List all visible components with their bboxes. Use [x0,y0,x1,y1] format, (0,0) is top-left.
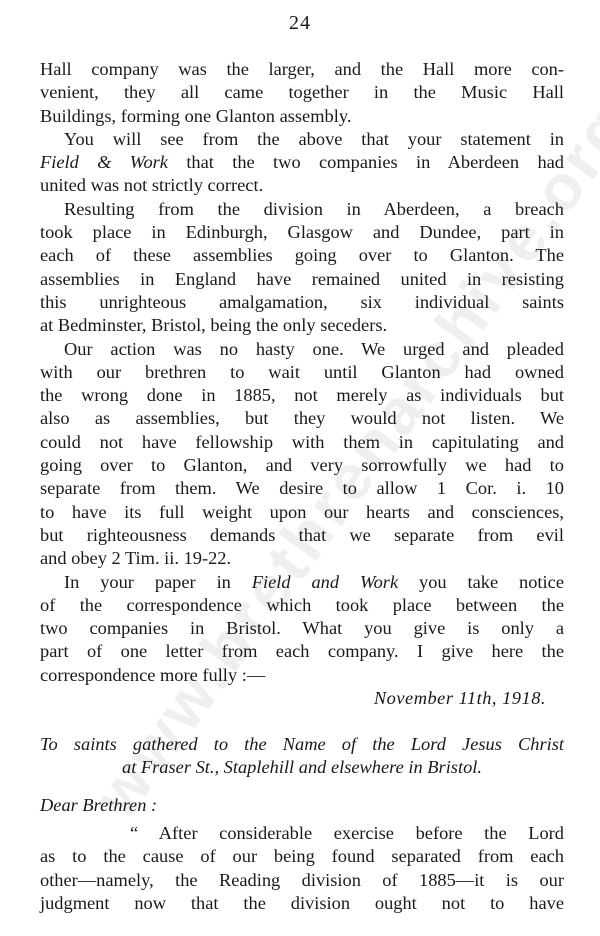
paragraph-1: Hall company was the larger, and the Hal… [40,58,564,128]
text-line: correspondence more fully :— [40,664,564,687]
text-line: took place in Edinburgh, Glasgow and Dun… [40,221,564,244]
publication-title: Field & Work [40,152,168,172]
address-line: To saints gathered to the Name of the Lo… [40,733,564,756]
text-line: Our action was no hasty one. We urged an… [40,338,564,361]
text-fragment: that the two companies in Aberdeen had [168,152,564,172]
text-line: other—namely, the Reading division of 18… [40,869,564,892]
page-number: 24 [0,12,600,35]
text-line: judgment now that the division ought not… [40,892,564,915]
paragraph-4: Our action was no hasty one. We urged an… [40,338,564,571]
text-line: at Bedminster, Bristol, being the only s… [40,314,564,337]
publication-title: Field and Work [252,572,398,592]
text-line: as to the cause of our being found separ… [40,845,564,868]
text-line: assemblies in England have remained unit… [40,268,564,291]
letter-salutation: Dear Brethren : [40,795,157,816]
letter-date: November 11th, 1918. [0,688,546,709]
text-line: the wrong done in 1885, not merely as in… [40,384,564,407]
text-line: but righteousness demands that we separa… [40,524,564,547]
text-line: going over to Glanton, and very sorrowfu… [40,454,564,477]
text-line: with our brethren to wait until Glanton … [40,361,564,384]
document-page: www.brethrenarchive.org 24 Hall company … [0,0,600,936]
text-line: part of one letter from each company. I … [40,640,564,663]
text-line: Resulting from the division in Aberdeen,… [40,198,564,221]
text-line: this unrighteous amalgamation, six indiv… [40,291,564,314]
text-line: You will see from the above that your st… [40,128,564,151]
text-line-mixed: Field & Work that the two companies in A… [40,151,564,174]
text-line: venient, they all came together in the M… [40,81,564,104]
text-line: also as assemblies, but they would not l… [40,407,564,430]
text-line: and obey 2 Tim. ii. 19-22. [40,547,564,570]
text-line: “ After considerable exercise before the… [40,822,564,845]
address-line: at Fraser St., Staplehill and elsewhere … [40,756,564,779]
text-line: separate from them. We desire to allow 1… [40,477,564,500]
paragraph-2: You will see from the above that your st… [40,128,564,198]
text-line: Hall company was the larger, and the Hal… [40,58,564,81]
text-line: united was not strictly correct. [40,174,564,197]
text-line-mixed: In your paper in Field and Work you take… [40,571,564,594]
text-line: two companies in Bristol. What you give … [40,617,564,640]
text-line: each of these assemblies going over to G… [40,244,564,267]
paragraph-5: In your paper in Field and Work you take… [40,571,564,687]
letter-address: To saints gathered to the Name of the Lo… [40,733,564,779]
text-fragment: you take notice [398,572,564,592]
text-line: Buildings, forming one Glanton assembly. [40,105,564,128]
letter-body: “ After considerable exercise before the… [40,822,564,915]
paragraph-3: Resulting from the division in Aberdeen,… [40,198,564,338]
text-line: could not have fellowship with them in c… [40,431,564,454]
text-line: to have its full weight upon our hearts … [40,501,564,524]
text-line: of the correspondence which took place b… [40,594,564,617]
text-fragment: In your paper in [64,572,252,592]
body-text: Hall company was the larger, and the Hal… [40,58,564,687]
